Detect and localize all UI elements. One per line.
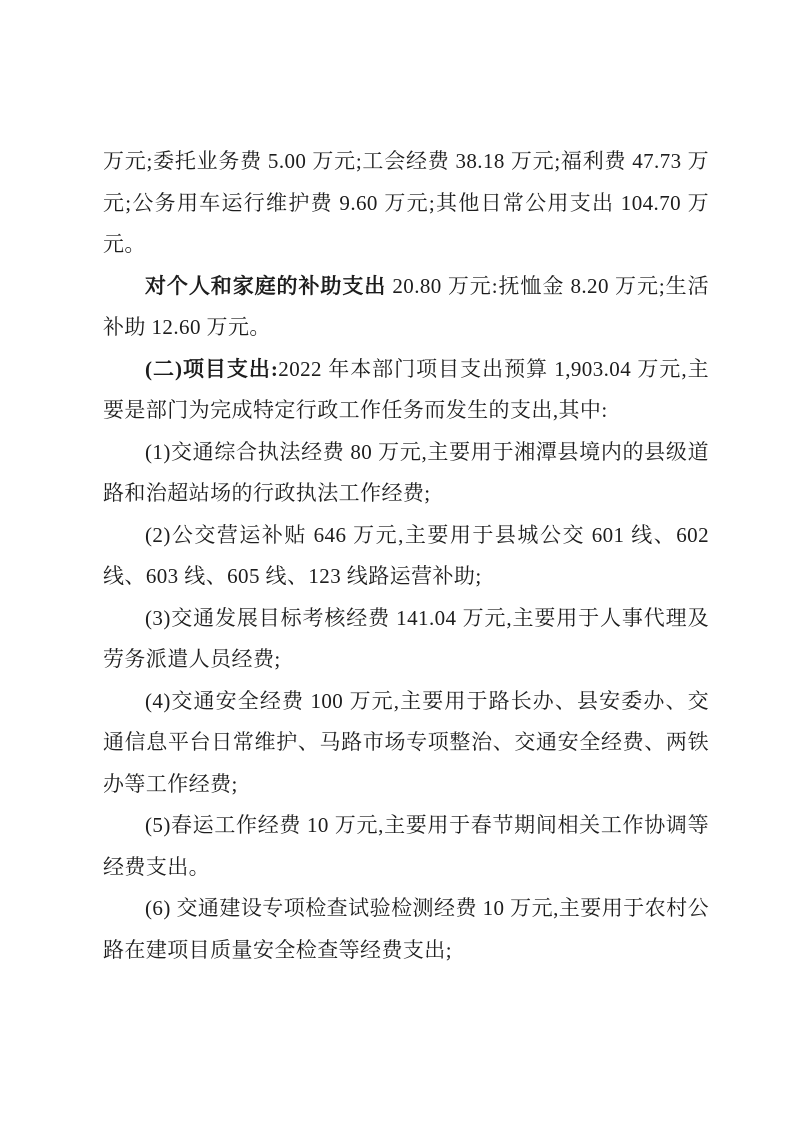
text-run: (6) 交通建设专项检查试验检测经费 10 万元,主要用于农村公路在建项目质量安… [103,896,709,962]
bold-text-run: 对个人和家庭的补助支出 [145,274,386,298]
text-run: (2)公交营运补贴 646 万元,主要用于县城公交 601 线、602 线、60… [103,523,709,589]
document-page: 万元;委托业务费 5.00 万元;工会经费 38.18 万元;福利费 47.73… [0,0,793,1122]
text-run: (5)春运工作经费 10 万元,主要用于春节期间相关工作协调等经费支出。 [103,813,709,879]
paragraph: (5)春运工作经费 10 万元,主要用于春节期间相关工作协调等经费支出。 [103,805,709,888]
text-run: 万元;委托业务费 5.00 万元;工会经费 38.18 万元;福利费 47.73… [103,149,709,256]
paragraph: (二)项目支出:2022 年本部门项目支出预算 1,903.04 万元,主要是部… [103,349,709,432]
bold-text-run: (二)项目支出: [145,357,278,381]
paragraph: (2)公交营运补贴 646 万元,主要用于县城公交 601 线、602 线、60… [103,515,709,598]
document-body: 万元;委托业务费 5.00 万元;工会经费 38.18 万元;福利费 47.73… [103,141,709,971]
text-run: (1)交通综合执法经费 80 万元,主要用于湘潭县境内的县级道路和治超站场的行政… [103,440,709,506]
paragraph: (6) 交通建设专项检查试验检测经费 10 万元,主要用于农村公路在建项目质量安… [103,888,709,971]
paragraph: (4)交通安全经费 100 万元,主要用于路长办、县安委办、交通信息平台日常维护… [103,681,709,806]
paragraph: (3)交通发展目标考核经费 141.04 万元,主要用于人事代理及劳务派遣人员经… [103,598,709,681]
paragraph: 万元;委托业务费 5.00 万元;工会经费 38.18 万元;福利费 47.73… [103,141,709,266]
text-run: (4)交通安全经费 100 万元,主要用于路长办、县安委办、交通信息平台日常维护… [103,689,709,796]
paragraph: 对个人和家庭的补助支出 20.80 万元:抚恤金 8.20 万元;生活补助 12… [103,266,709,349]
paragraph: (1)交通综合执法经费 80 万元,主要用于湘潭县境内的县级道路和治超站场的行政… [103,432,709,515]
text-run: (3)交通发展目标考核经费 141.04 万元,主要用于人事代理及劳务派遣人员经… [103,606,709,672]
